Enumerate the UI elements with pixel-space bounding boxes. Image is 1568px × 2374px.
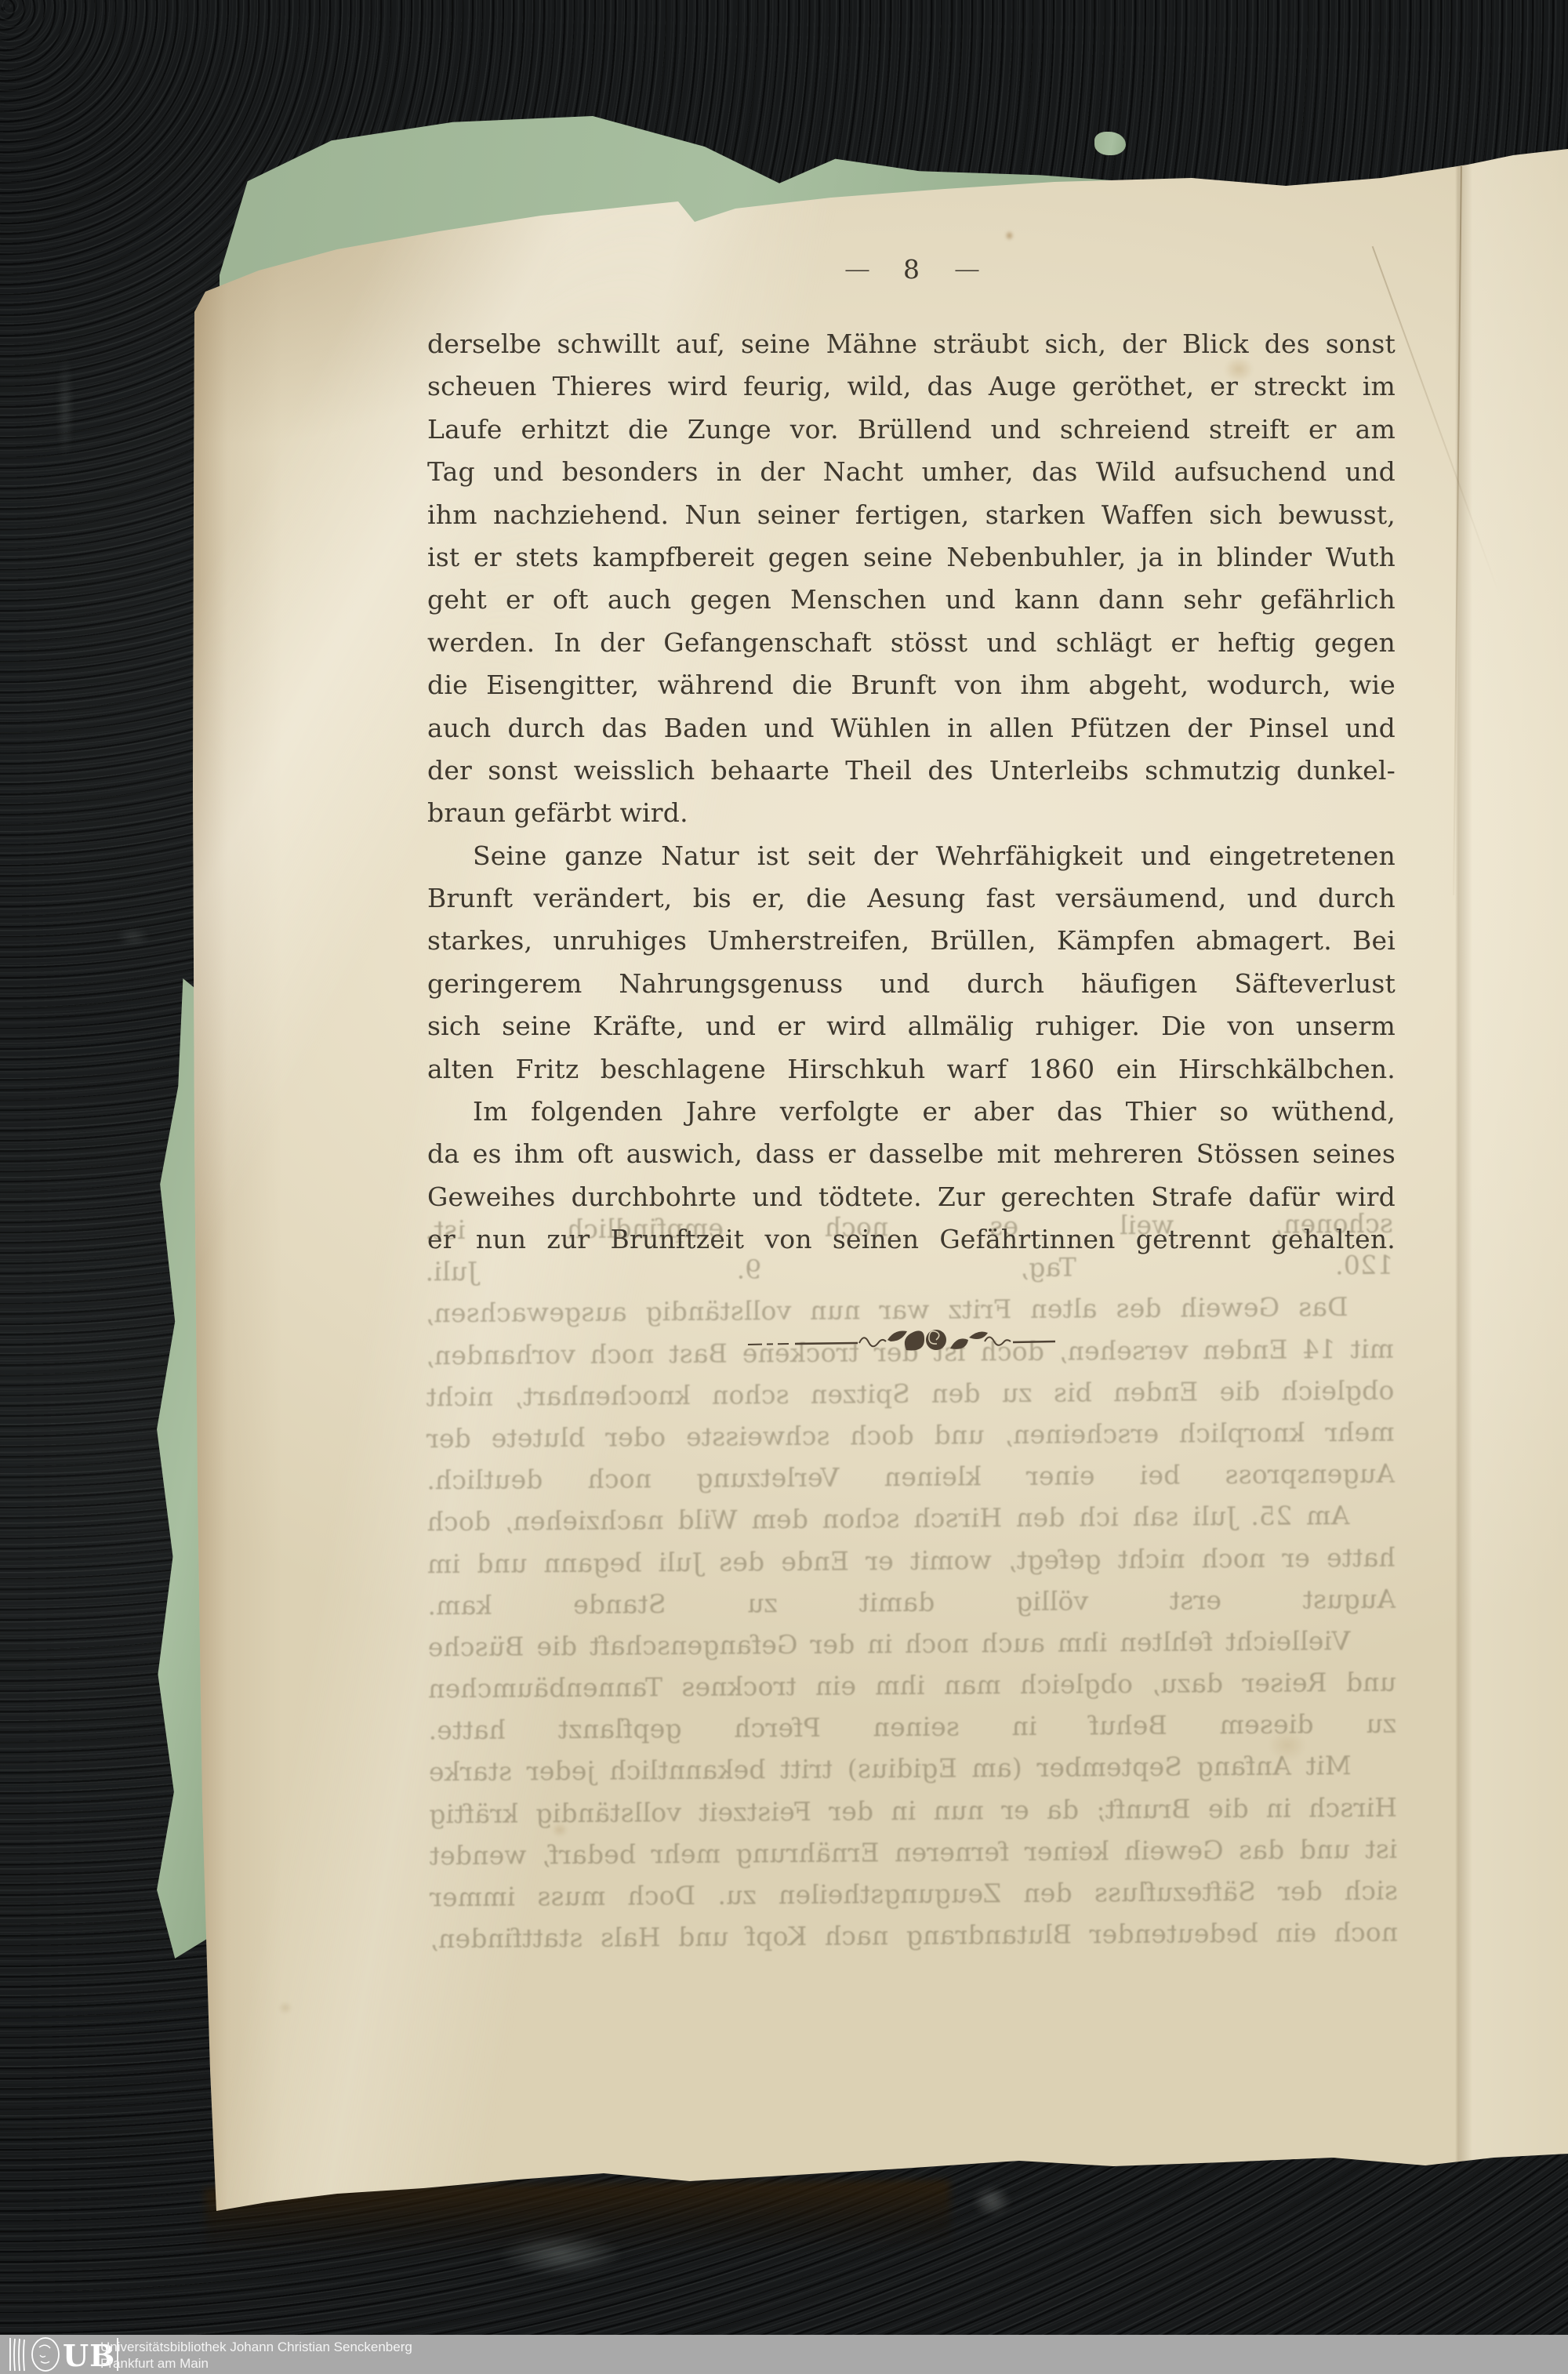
book-page: — 8 — schonen, weil es noch empfindlich …: [0, 0, 1568, 2374]
page-number-value: 8: [903, 254, 920, 285]
text-line: geringerem Nahrungsgenuss und durch häuf…: [427, 963, 1396, 1005]
floral-tailpiece-ornament: [745, 1320, 1058, 1361]
endpaper-green-fragment: [1094, 132, 1126, 155]
page-number-rule: —: [954, 258, 978, 279]
text-line: Brunft verändert, bis er, die Aesung fas…: [427, 877, 1396, 920]
text-line: mehr knorplich erscheinen, und doch schw…: [426, 1411, 1395, 1460]
library-name: Universitätsbibliothek Johann Christian …: [100, 2339, 412, 2355]
text-line: ist und das Geweih keiner ferneren Ernäh…: [429, 1828, 1397, 1876]
text-line: Vielleicht fehlten ihm auch noch in der …: [427, 1620, 1396, 1668]
text-line: derselbe schwillt auf, seine Mähne sträu…: [427, 323, 1396, 365]
library-city: Frankfurt am Main: [100, 2355, 412, 2372]
text-line: Augenspross bei einer kleinen Verletzung…: [426, 1453, 1395, 1501]
text-line: sich seine Kräfte, und er wird allmälig …: [427, 1005, 1396, 1047]
text-line: braun gefärbt wird.: [427, 792, 1396, 834]
text-line: starkes, unruhiges Umherstreifen, Brülle…: [427, 920, 1396, 962]
text-line: obgleich die Enden bis zu den Spitzen sc…: [426, 1369, 1394, 1418]
text-line: er nun zur Brunftzeit von seinen Gefährt…: [427, 1218, 1396, 1261]
text-line: August erst völlig damit zu Stande kam.: [427, 1577, 1396, 1626]
text-line: Mit Anfang September (am Egidius) tritt …: [429, 1744, 1397, 1793]
text-line: noch ein bedeutender Blutandrang nach Ko…: [430, 1911, 1398, 1960]
paper-stain: [276, 1999, 295, 2016]
text-line: alten Fritz beschlagene Hirschkuh warf 1…: [427, 1048, 1396, 1091]
text-line: ist er stets kampfbereit gegen seine Neb…: [427, 536, 1396, 579]
text-block: derselbe schwillt auf, seine Mähne sträu…: [427, 323, 1396, 1261]
text-line: der sonst weisslich behaarte Theil des U…: [427, 750, 1396, 792]
text-line: sich der Säftezufluss den Zeugungstheile…: [430, 1870, 1398, 1918]
text-line: Hirsch in die Brunft; da er nun in der F…: [429, 1786, 1397, 1835]
page-number-rule: —: [844, 258, 869, 279]
text-line: Im folgenden Jahre verfolgte er aber das…: [427, 1091, 1396, 1133]
text-line: die Eisengitter, während die Brunft von …: [427, 664, 1396, 706]
leather-scuff: [55, 329, 75, 486]
leather-scuff: [964, 2180, 1019, 2223]
scanned-book-page: — 8 — schonen, weil es noch empfindlich …: [0, 0, 1568, 2374]
text-line: Tag und besonders in der Nacht umher, da…: [427, 451, 1396, 493]
text-line: werden. In der Gefangenschaft stösst und…: [427, 622, 1396, 664]
text-line: Am 25. Juli sah ich den Hirsch schon dem…: [426, 1494, 1395, 1543]
text-line: Geweihes durchbohrte und tödtete. Zur ge…: [427, 1176, 1396, 1218]
text-line: Laufe erhitzt die Zunge vor. Brüllend un…: [427, 408, 1396, 451]
text-line: zu diesem Behuf in seinen Pferch gepflan…: [428, 1703, 1396, 1751]
library-watermark-bar: UB Universitätsbibliothek Johann Christi…: [0, 2335, 1568, 2374]
paper-stain: [1004, 229, 1015, 242]
text-line: ihm nachziehend. Nun seiner fertigen, st…: [427, 494, 1396, 536]
text-line: auch durch das Baden und Wühlen in allen…: [427, 707, 1396, 750]
text-line: da es ihm oft auswich, dass er dasselbe …: [427, 1133, 1396, 1175]
page-crease: [1453, 166, 1462, 895]
bleedthrough-text: schonen, weil es noch empfindlich ist.12…: [425, 1203, 1399, 1960]
text-line: hatte er noch nicht gefegt, womit er End…: [427, 1536, 1396, 1584]
text-line: geht er oft auch gegen Menschen und kann…: [427, 579, 1396, 621]
leather-scuff: [110, 925, 157, 949]
text-line: scheuen Thieres wird feurig, wild, das A…: [427, 365, 1396, 408]
text-line: und Reiser dazu, obgleich man ihm ein tr…: [428, 1661, 1396, 1710]
text-line: Seine ganze Natur ist seit der Wehrfähig…: [427, 835, 1396, 877]
page-number: — 8 —: [427, 252, 1396, 285]
